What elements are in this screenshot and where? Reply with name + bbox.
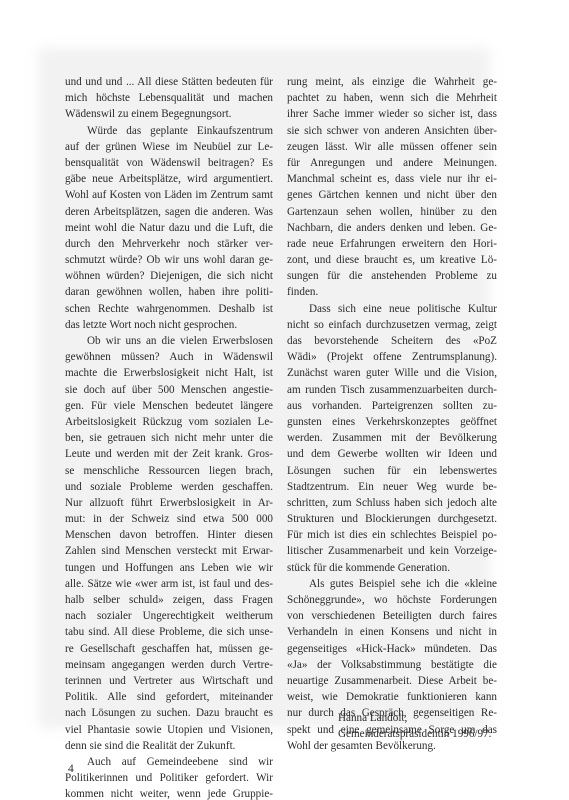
text-line: am runden Tisch zusammenzuarbeiten durch… [287, 382, 497, 398]
text-line: sungen für die anstehenden Probleme zu [287, 268, 497, 284]
text-line: gewöhnen müssen? Auch in Wädenswil [65, 349, 273, 365]
text-line: rung meint, als einzige die Wahrheit ge- [287, 74, 497, 90]
text-line: Arbeitslosigkeit Rückzug vom sozialen Le… [65, 414, 273, 430]
text-line: zeugen lässt. Wir alle müssen offener se… [287, 139, 497, 155]
text-line: Gartenzaun sehen wollen, hinüber zu den [287, 204, 497, 220]
text-line: weist, wie Demokratie funktionieren kann [287, 689, 497, 705]
text-line: Nur allzuoft führt Erwerbslosigkeit in A… [65, 495, 273, 511]
text-line: terinnen und Vertreter aus Wirtschaft un… [65, 673, 273, 689]
text-line: Nachbarn, die anders denken und leben. G… [287, 220, 497, 236]
text-line: viel Phantasie sowie Utopien und Visione… [65, 722, 273, 738]
text-line: genes Gärtchen kennen und nicht über den [287, 187, 497, 203]
signature-block: Hanna Landolt, Gemeinderatspräsidentin 1… [338, 710, 491, 742]
text-line: Zahlen sind Menschen versteckt mit Erwar… [65, 543, 273, 559]
text-line: Würde das geplante Einkaufszentrum [65, 123, 273, 139]
text-line: Politik. Alle sind gefordert, miteinande… [65, 689, 273, 705]
text-line: auf der grünen Wiese im Neubüel zur Le- [65, 139, 273, 155]
text-line: Ob wir uns an die vielen Erwerbslosen [65, 333, 273, 349]
text-line: Manchmal scheint es, dass viele nur ihr … [287, 171, 497, 187]
signature-name: Hanna Landolt, [338, 710, 491, 726]
text-line: und soziale Probleme werden geschaffen. [65, 479, 273, 495]
text-line: Strukturen und Blockierungen durchgesetz… [287, 511, 497, 527]
text-line: neuartige Zusammenarbeit. Diese Arbeit b… [287, 673, 497, 689]
text-line: nicht so einfach durchzusetzen vermag, z… [287, 317, 497, 333]
text-line: Als gutes Beispiel sehe ich die «kleine [287, 576, 497, 592]
text-line: werden. Zusammen mit der Bevölkerung [287, 430, 497, 446]
text-line: und und und ... All diese Stätten bedeut… [65, 74, 273, 90]
text-line: daran gewöhnen wollen, haben ihre politi… [65, 284, 273, 300]
text-line: und dem Gewerbe wollten wir Ideen und [287, 446, 497, 462]
text-line: tungen und Hoffungen ans Leben wie wir [65, 560, 273, 576]
text-line: mich höchste Lebensqualität und machen [65, 90, 273, 106]
text-line: gäbe neue Arbeitsplätze, wird argumentie… [65, 171, 273, 187]
text-line: mut: in der Schweiz sind etwa 500 000 [65, 511, 273, 527]
text-line: Stadtzentrum. Ein neuer Weg wurde be- [287, 479, 497, 495]
text-line: durch den Mehrverkehr noch stärker ver- [65, 236, 273, 252]
text-line: das letzte Wort noch nicht gesprochen. [65, 317, 273, 333]
text-line: finden. [287, 284, 497, 300]
text-line: alle. Sätze wie «wer arm ist, ist faul u… [65, 576, 273, 592]
text-line: re Gesellschaft geschaffen hat, müssen g… [65, 641, 273, 657]
text-line: schen Rechte wahrgenommen. Deshalb ist [65, 301, 273, 317]
text-line: Wohl auf Kosten von Läden im Zentrum sam… [65, 187, 273, 203]
text-line: machte die Erwerbslosigkeit nicht Halt, … [65, 365, 273, 381]
text-line: Politikerinnen und Politiker gefordert. … [65, 770, 273, 786]
text-line: bensqualität von Wädenswil beitragen? Es [65, 155, 273, 171]
text-line: ihrer Sache immer wieder so sicher ist, … [287, 106, 497, 122]
text-line: denn sie sind die Realität der Zukunft. [65, 738, 273, 754]
text-line: tabu sind. All diese Probleme, die sich … [65, 624, 273, 640]
text-line: deren Arbeitsplätzen, sagen die anderen.… [65, 204, 273, 220]
text-line: schritten, zum Schluss haben sich jedoch… [287, 495, 497, 511]
text-line: pachtet zu haben, wenn sich die Mehrheit [287, 90, 497, 106]
text-line: meinsam angegangen werden durch Vertre- [65, 657, 273, 673]
text-line: «Ja» der Volksabstimmung bestätigte die [287, 657, 497, 673]
text-line: sie doch auf über 500 Menschen angestie- [65, 382, 273, 398]
text-line: rade neue Erfahrungen erweitern den Hori… [287, 236, 497, 252]
page-number: 4 [68, 763, 74, 775]
text-line: se menschliche Ressourcen liegen brach, [65, 463, 273, 479]
text-line: kommen nicht weiter, wenn jede Gruppie- [65, 786, 273, 800]
text-line: Wädi» (Projekt offene Zentrumsplanung). [287, 349, 497, 365]
text-line: halb selber schuld» zeigen, dass Fragen [65, 592, 273, 608]
text-line: gunsten eines Verkehrskonzeptes geöffnet [287, 414, 497, 430]
text-line: für Anregungen und andere Meinungen. [287, 155, 497, 171]
text-line: von verschiedenen Beteiligten durch fair… [287, 608, 497, 624]
text-line: nach Lösungen zu suchen. Dazu braucht es [65, 705, 273, 721]
text-line: Für mich ist dies ein schlechtes Beispie… [287, 527, 497, 543]
text-line: Wädenswil zu einem Begegnungsort. [65, 106, 273, 122]
right-text-column: rung meint, als einzige die Wahrheit ge-… [287, 74, 497, 754]
text-line: zont, und diese braucht es, um kreative … [287, 252, 497, 268]
text-line: meint wohl die Natur dazu und die Luft, … [65, 220, 273, 236]
text-line: Zunächst waren guter Wille und die Visio… [287, 365, 497, 381]
text-line: Menschen davon betroffen. Hinter diesen [65, 527, 273, 543]
left-text-column: und und und ... All diese Stätten bedeut… [65, 74, 273, 800]
text-line: gegenseitiges «Hick-Hack» mündeten. Das [287, 641, 497, 657]
text-line: stück für die kommende Generation. [287, 560, 497, 576]
text-line: Verhandeln in einen Konsens und nicht in [287, 624, 497, 640]
text-line: Schöneggrunde», wo höchste Forderungen [287, 592, 497, 608]
text-line: Leute und werden mit der Zeit krank. Gro… [65, 446, 273, 462]
text-line: das bevorstehende Scheitern des «PoZ [287, 333, 497, 349]
signature-title: Gemeinderatspräsidentin 1996/97. [338, 726, 491, 742]
text-line: Auch auf Gemeindeebene sind wir [65, 754, 273, 770]
text-line: schmutzt würde? Ob wir uns wohl daran ge… [65, 252, 273, 268]
text-line: wöhnen würden? Diejenigen, die sich nich… [65, 268, 273, 284]
text-line: litischer Zusammenarbeit und kein Vorzei… [287, 543, 497, 559]
text-line: gen. Für viele Menschen bedeutet längere [65, 398, 273, 414]
text-line: Lösungen suchen für ein lebenswertes [287, 463, 497, 479]
text-line: nach sozialer Ungerechtigkeit weitherum [65, 608, 273, 624]
text-line: ben, sie getrauen sich nicht mehr unter … [65, 430, 273, 446]
text-line: aus vorhanden. Parteigrenzen sollten zu- [287, 398, 497, 414]
text-line: Dass sich eine neue politische Kultur [287, 301, 497, 317]
text-line: sie sich schwer von anderen Ansichten üb… [287, 123, 497, 139]
